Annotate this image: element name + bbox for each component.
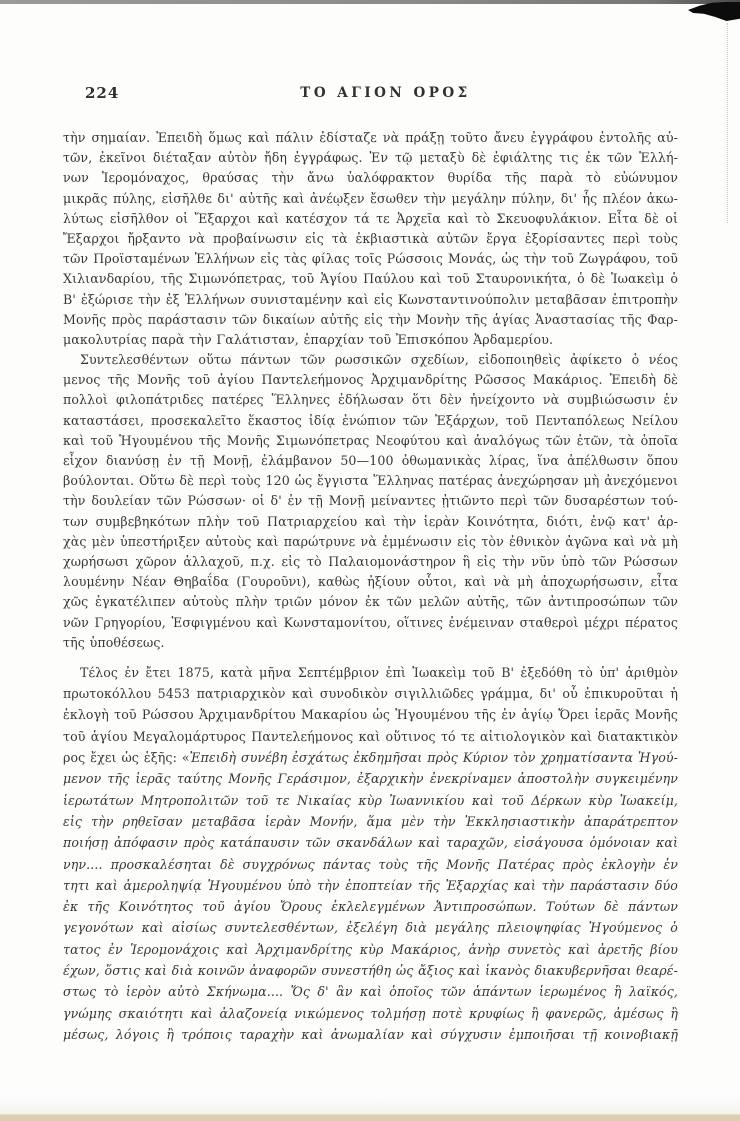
text-segment: λουμένην Νέαν Θηβαΐδα (Γουροῦνι), καθὼς …	[63, 574, 678, 592]
italic-text-segment: ποιήσῃ ἀπόφασιν πρὸς κατάπαυσιν τῶν σκαν…	[63, 835, 678, 853]
text-segment: τῶν Προϊσταμένων Ἑλλήνων εἰς τὰς φίλας τ…	[63, 251, 678, 266]
text-line: χὰς μὲν ὑπεστήριξεν αὐτοὺς καὶ παρώτρυνε…	[63, 532, 678, 552]
text-line: εἶχον διανύσῃ ἐν τῇ Μονῇ, ἐλάμβανον 50—1…	[63, 451, 678, 471]
text-line: των συμβεβηκότων πλὴν τοῦ Πατριαρχείου κ…	[63, 512, 678, 532]
scanner-edge-bar	[0, 0, 740, 4]
paragraph: τὴν σημαίαν. Ἐπειδὴ ὅμως καὶ πάλιν ἐδίστ…	[63, 128, 678, 350]
text-segment: τῶν, ἐκεῖνοι διέταξαν αὐτὸν ἤδη ἐγγράφως…	[63, 150, 678, 165]
text-segment: τοῦ ἁγίου Μεγαλομάρτυρος Παντελεήμονος κ…	[63, 729, 678, 747]
text-line: Μονῆς πρὸς παράστασιν τῶν δικαίων αὐτῆς …	[63, 310, 678, 330]
text-line: ρος ἔχει ὡς ἑξῆς: «Ἐπειδὴ συνέβη ἐσχάτως…	[63, 747, 678, 768]
page-corner-fold	[688, 2, 740, 21]
text-line: λουμένην Νέαν Θηβαΐδα (Γουροῦνι), καθὼς …	[63, 572, 678, 592]
text-line: Ἔξαρχοι ἤρξαντο νὰ προβαίνωσιν εἰς τὰ ἐκ…	[63, 229, 678, 249]
text-line: ἐκλογὴ τοῦ Ρώσσου Ἀρχιμανδρίτου Μακαρίου…	[63, 704, 678, 725]
text-segment: Μονῆς πρὸς παράστασιν τῶν δικαίων αὐτῆς …	[63, 312, 678, 327]
italic-text-segment: τατος ἐν Ἱερομονάχοις καὶ Ἀρχιμανδρίτης …	[63, 942, 678, 960]
text-line: νην.... προσκαλέσηται δὲ συγχρόνως πάντα…	[63, 854, 678, 875]
text-segment: μενος τῆς Μονῆς τοῦ ἁγίου Παντελεήμονος …	[63, 372, 678, 387]
italic-text-segment: στως τὸ ἱερὸν αὐτὸ Σκήνωμα.... Ὅς δ' ἂν …	[63, 984, 678, 999]
italic-text-segment: γνώμης σκαιότητι καὶ ἀλαζονείᾳ νικώμενος…	[63, 1006, 678, 1024]
text-line: μενον τῆς ἱερᾶς ταύτης Μονῆς Γεράσιμον, …	[63, 768, 678, 789]
text-segment: πρωτοκόλλου 5453 πατριαρχικὸν καὶ συνοδι…	[63, 686, 678, 701]
text-line: τατος ἐν Ἱερομονάχοις καὶ Ἀρχιμανδρίτης …	[63, 939, 678, 960]
text-segment: Τέλος ἐν ἔτει 1875, κατὰ μῆνα Σεπτέμβριο…	[80, 665, 678, 680]
text-line: βούλονται. Οὕτω δὲ περὶ τοὺς 120 ὡς ἔγγι…	[63, 471, 678, 491]
text-line: πρωτοκόλλου 5453 πατριαρχικὸν καὶ συνοδι…	[63, 683, 678, 704]
text-segment: μακολυτρίας παρὰ τὴν Γαλάτισταν, ἐπαρχία…	[63, 332, 553, 347]
text-segment: καταστάσει, προσεκαλεῖτο ἕκαστος ἰδίᾳ ἐν…	[63, 413, 678, 428]
text-segment: εἶχον διανύσῃ ἐν τῇ Μονῇ, ἐλάμβανον 50—1…	[63, 453, 678, 468]
text-line: πολλοὶ φιλοπάτριδες πατέρες Ἕλληνες ἐδήλ…	[63, 390, 678, 410]
italic-text-segment: νην.... προσκαλέσηται δὲ συγχρόνως πάντα…	[63, 857, 678, 875]
scan-bottom-strip	[0, 1114, 740, 1121]
text-line: τῶν, ἐκεῖνοι διέταξαν αὐτὸν ἤδη ἐγγράφως…	[63, 148, 678, 168]
text-line: ποιήσῃ ἀπόφασιν πρὸς κατάπαυσιν τῶν σκαν…	[63, 832, 678, 853]
text-line: καὶ τοῦ Ἡγουμένου τῆς Μονῆς Σιμωνόπετρας…	[63, 431, 678, 451]
text-segment: χωρήσωσι χῶρον ἀλλαχοῦ, π.χ. εἰς τὸ Παλα…	[63, 554, 678, 572]
text-line: στως τὸ ἱερὸν αὐτὸ Σκήνωμα.... Ὅς δ' ἂν …	[63, 981, 678, 1002]
text-segment: μικρᾶς πύλης, εἰσῆλθε δι' αὐτῆς καὶ ἀνέῳ…	[63, 191, 678, 206]
italic-text-segment: μενον τῆς ἱερᾶς ταύτης Μονῆς Γεράσιμον, …	[63, 771, 678, 789]
text-line: Τέλος ἐν ἔτει 1875, κατὰ μῆνα Σεπτέμβριο…	[63, 662, 678, 683]
text-line: εἰς τὴν ρηθεῖσαν μεταβᾶσα ἱερὰν Μονήν, ἅ…	[63, 811, 678, 832]
paragraph: Συντελεσθέντων οὕτω πάντων τῶν ρωσσικῶν …	[63, 350, 678, 653]
text-segment: Χιλιανδαρίου, τῆς Σιμωνόπετρας, τοῦ Ἁγίο…	[63, 271, 678, 286]
text-segment: χὰς μὲν ὑπεστήριξεν αὐτοὺς καὶ παρώτρυνε…	[63, 534, 678, 552]
text-segment: βούλονται. Οὕτω δὲ περὶ τοὺς 120 ὡς ἔγγι…	[63, 473, 678, 488]
text-segment: λύτως εἰσῆλθον οἱ Ἔξαρχοι καὶ κατέσχον τ…	[63, 211, 678, 226]
text-segment: Ἔξαρχοι ἤρξαντο νὰ προβαίνωσιν εἰς τὰ ἐκ…	[63, 231, 678, 249]
text-segment: νων Ἱερομόναχος, θραύσας τὴν ἄνω ὑαλόφρα…	[63, 170, 678, 188]
text-segment: τὴν δουλείαν τῶν Ρώσσων· οἱ δ' ἐν τῇ Μον…	[63, 493, 678, 508]
text-segment: των συμβεβηκότων πλὴν τοῦ Πατριαρχείου κ…	[63, 514, 678, 529]
page-body: τὴν σημαίαν. Ἐπειδὴ ὅμως καὶ πάλιν ἐδίστ…	[63, 128, 678, 1045]
text-segment: Β' ἐξώρισε τὴν ἐξ Ἑλλήνων συνισταμένην κ…	[63, 292, 678, 310]
italic-text-segment: Ἐπειδὴ συνέβη ἐσχάτως ἐκδημῆσαι πρὸς Κύρ…	[190, 750, 678, 765]
text-line: νων Ἱερομόναχος, θραύσας τὴν ἄνω ὑαλόφρα…	[63, 168, 678, 188]
text-line: γνώμης σκαιότητι καὶ ἀλαζονείᾳ νικώμενος…	[63, 1003, 678, 1024]
italic-text-segment: ἱερωτάτων Μητροπολιτῶν τοῦ τε Νικαίας κὺ…	[63, 793, 678, 811]
text-segment: νῶν Γρηγορίου, Ἐσφιγμένου καὶ Κωνσταμονί…	[63, 615, 678, 630]
text-segment: ἐκλογὴ τοῦ Ρώσσου Ἀρχιμανδρίτου Μακαρίου…	[63, 707, 678, 722]
running-title: ΤΟ ΑΓΙΟΝ ΟΡΟΣ	[63, 85, 678, 101]
text-line: χωρήσωσι χῶρον ἀλλαχοῦ, π.χ. εἰς τὸ Παλα…	[63, 552, 678, 572]
italic-text-segment: μέσως, λόγοις ἢ τρόποις ταραχὴν καὶ ἀνωμ…	[63, 1027, 678, 1045]
text-segment: χῶς ἐγκατέλιπεν αὐτοὺς πλὴν τριῶν μόνον …	[63, 594, 678, 612]
text-line: λύτως εἰσῆλθον οἱ Ἔξαρχοι καὶ κατέσχον τ…	[63, 209, 678, 229]
text-line: καταστάσει, προσεκαλεῖτο ἕκαστος ἰδίᾳ ἐν…	[63, 411, 678, 431]
text-line: τὴν σημαίαν. Ἐπειδὴ ὅμως καὶ πάλιν ἐδίστ…	[63, 128, 678, 148]
text-segment: ρος ἔχει ὡς ἑξῆς: «	[63, 750, 190, 765]
text-line: μικρᾶς πύλης, εἰσῆλθε δι' αὐτῆς καὶ ἀνέῳ…	[63, 189, 678, 209]
text-segment: πολλοὶ φιλοπάτριδες πατέρες Ἕλληνες ἐδήλ…	[63, 392, 678, 410]
text-segment: καὶ τοῦ Ἡγουμένου τῆς Μονῆς Σιμωνόπετρας…	[63, 433, 678, 448]
text-line: τητι καὶ ἀμεροληψίᾳ Ἡγουμένου ὑπὸ τὴν ἐπ…	[63, 875, 678, 896]
text-line: μέσως, λόγοις ἢ τρόποις ταραχὴν καὶ ἀνωμ…	[63, 1024, 678, 1045]
italic-text-segment: τητι καὶ ἀμεροληψίᾳ Ἡγουμένου ὑπὸ τὴν ἐπ…	[63, 878, 678, 893]
paragraph: Τέλος ἐν ἔτει 1875, κατὰ μῆνα Σεπτέμβριο…	[63, 662, 678, 1045]
text-line: γεγονότων καὶ αἰσίως συντελεσθέντων, ἐξε…	[63, 917, 678, 938]
text-line: Χιλιανδαρίου, τῆς Σιμωνόπετρας, τοῦ Ἁγίο…	[63, 269, 678, 289]
italic-text-segment: γεγονότων καὶ αἰσίως συντελεσθέντων, ἐξε…	[63, 920, 678, 938]
running-head: 224 ΤΟ ΑΓΙΟΝ ΟΡΟΣ	[63, 84, 678, 102]
page-fold-crease-line	[727, 23, 728, 223]
text-segment: τὴν σημαίαν. Ἐπειδὴ ὅμως καὶ πάλιν ἐδίστ…	[63, 130, 678, 145]
text-segment: τῆς ὑποθέσεως.	[63, 635, 165, 650]
text-line: τῶν Προϊσταμένων Ἑλλήνων εἰς τὰς φίλας τ…	[63, 249, 678, 269]
text-line: ἱερωτάτων Μητροπολιτῶν τοῦ τε Νικαίας κὺ…	[63, 790, 678, 811]
scan-bottom-gradient	[0, 1097, 740, 1115]
text-line: τῆς ὑποθέσεως.	[63, 633, 678, 653]
text-line: μενος τῆς Μονῆς τοῦ ἁγίου Παντελεήμονος …	[63, 370, 678, 390]
text-segment: Συντελεσθέντων οὕτω πάντων τῶν ρωσσικῶν …	[63, 352, 678, 370]
text-line: ἐκ τῆς Κοινότητος τοῦ ἁγίου Ὄρους ἐκλελε…	[63, 896, 678, 917]
text-line: τοῦ ἁγίου Μεγαλομάρτυρος Παντελεήμονος κ…	[63, 726, 678, 747]
italic-text-segment: εἰς τὴν ρηθεῖσαν μεταβᾶσα ἱερὰν Μονήν, ἅ…	[63, 814, 678, 832]
italic-text-segment: έχων, ὅστις καὶ διὰ κοινῶν ἀναφορῶν συνε…	[63, 963, 678, 978]
italic-text-segment: ἐκ τῆς Κοινότητος τοῦ ἁγίου Ὄρους ἐκλελε…	[63, 899, 678, 917]
text-line: τὴν δουλείαν τῶν Ρώσσων· οἱ δ' ἐν τῇ Μον…	[63, 491, 678, 511]
text-line: χῶς ἐγκατέλιπεν αὐτοὺς πλὴν τριῶν μόνον …	[63, 592, 678, 612]
text-line: μακολυτρίας παρὰ τὴν Γαλάτισταν, ἐπαρχία…	[63, 330, 678, 350]
text-line: Β' ἐξώρισε τὴν ἐξ Ἑλλήνων συνισταμένην κ…	[63, 290, 678, 310]
text-line: νῶν Γρηγορίου, Ἐσφιγμένου καὶ Κωνσταμονί…	[63, 613, 678, 633]
text-line: Συντελεσθέντων οὕτω πάντων τῶν ρωσσικῶν …	[63, 350, 678, 370]
text-line: έχων, ὅστις καὶ διὰ κοινῶν ἀναφορῶν συνε…	[63, 960, 678, 981]
